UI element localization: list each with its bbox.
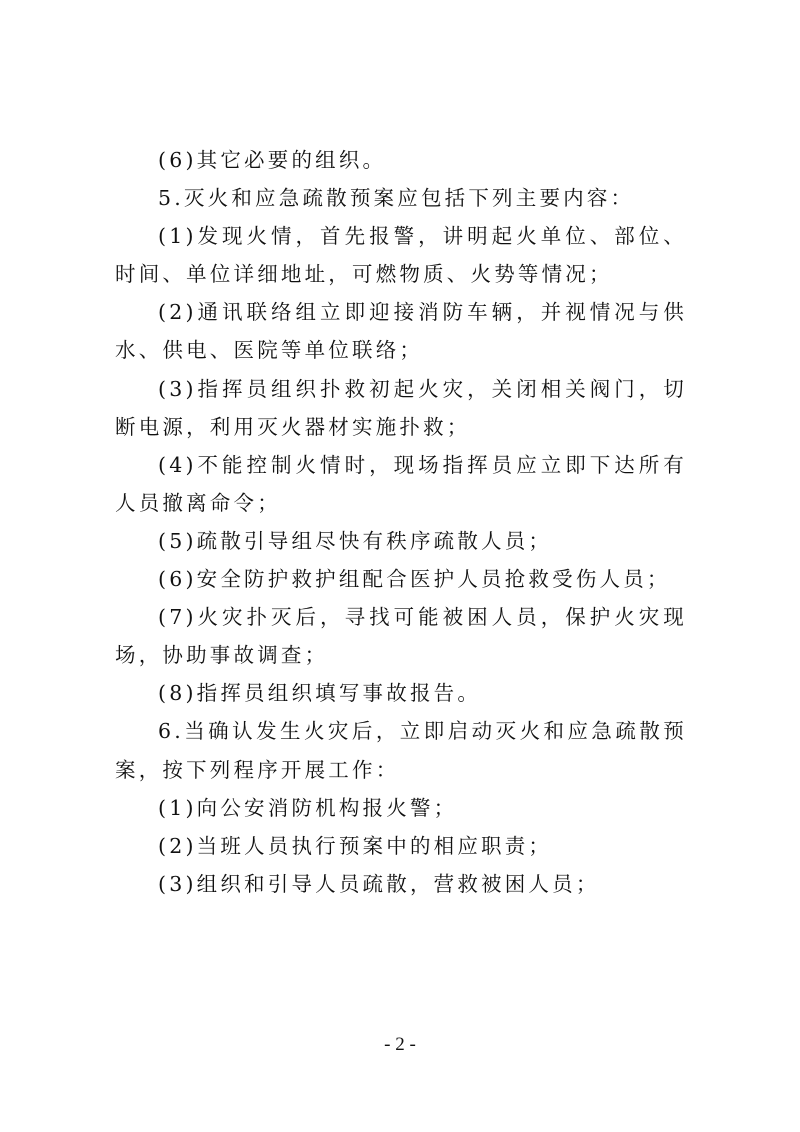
document-page: (6)其它必要的组织。 5.灭火和应急疏散预案应包括下列主要内容： (1)发现火… <box>0 0 800 1132</box>
paragraph-other-organizations: (6)其它必要的组织。 <box>115 141 687 179</box>
paragraph-6-item-1: (1)向公安消防机构报火警； <box>115 789 687 827</box>
paragraph-section-5-heading: 5.灭火和应急疏散预案应包括下列主要内容： <box>115 179 687 217</box>
paragraph-5-item-6: (6)安全防护救护组配合医护人员抢救受伤人员； <box>115 560 687 598</box>
paragraph-6-item-2: (2)当班人员执行预案中的相应职责； <box>115 827 687 865</box>
paragraph-5-item-8: (8)指挥员组织填写事故报告。 <box>115 674 687 712</box>
paragraph-5-item-5: (5)疏散引导组尽快有秩序疏散人员； <box>115 522 687 560</box>
page-number: - 2 - <box>0 1034 800 1056</box>
paragraph-5-item-2: (2)通讯联络组立即迎接消防车辆，并视情况与供水、供电、医院等单位联络； <box>115 293 687 369</box>
paragraph-5-item-4: (4)不能控制火情时，现场指挥员应立即下达所有人员撤离命令； <box>115 446 687 522</box>
paragraph-section-6-heading: 6.当确认发生火灾后，立即启动灭火和应急疏散预案，按下列程序开展工作： <box>115 712 687 788</box>
paragraph-5-item-1: (1)发现火情，首先报警，讲明起火单位、部位、时间、单位详细地址，可燃物质、火势… <box>115 217 687 293</box>
paragraph-5-item-7: (7)火灾扑灭后，寻找可能被困人员，保护火灾现场，协助事故调查； <box>115 598 687 674</box>
paragraph-5-item-3: (3)指挥员组织扑救初起火灾，关闭相关阀门，切断电源，利用灭火器材实施扑救； <box>115 370 687 446</box>
document-body: (6)其它必要的组织。 5.灭火和应急疏散预案应包括下列主要内容： (1)发现火… <box>115 141 687 903</box>
paragraph-6-item-3: (3)组织和引导人员疏散，营救被困人员； <box>115 865 687 903</box>
